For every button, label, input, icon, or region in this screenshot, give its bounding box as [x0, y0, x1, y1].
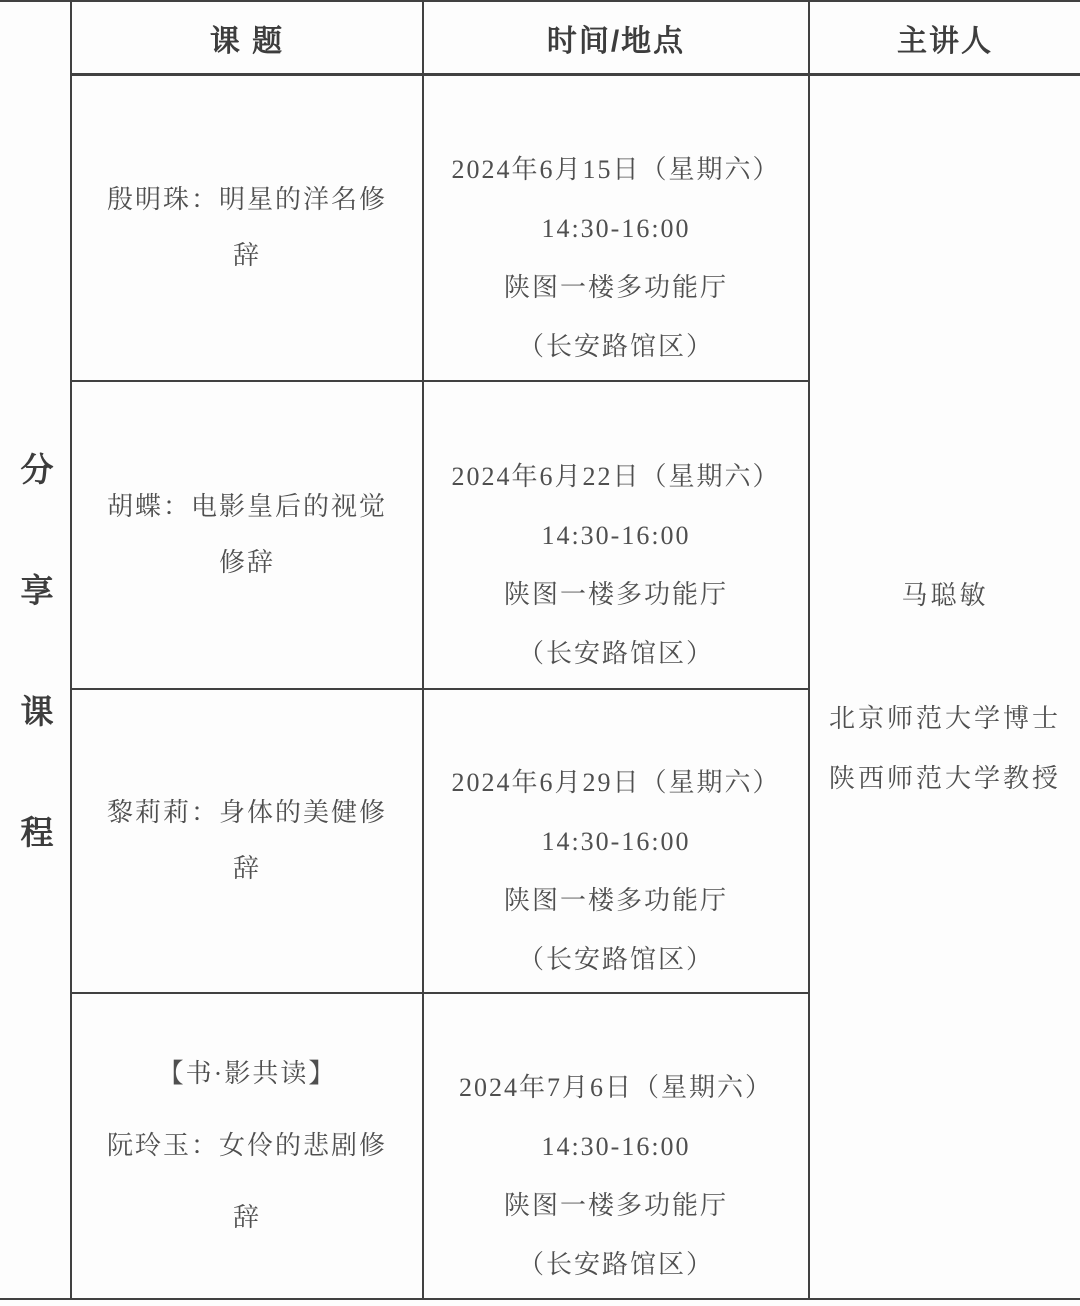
table-row-4-topic: 【书·影共读】 阮玲玉：女伶的悲剧修辞 [72, 994, 424, 1298]
header-time-location: 时间/地点 [424, 2, 810, 76]
campus-text: （长安路馆区） [518, 624, 714, 683]
table-row-2-time-location: 2024年6月22日（星期六） 14:30-16:00 陕图一楼多功能厅 （长安… [424, 382, 810, 690]
table-row-1-time-location: 2024年6月15日（星期六） 14:30-16:00 陕图一楼多功能厅 （长安… [424, 76, 810, 382]
topic-series-text: 【书·影共读】 [158, 1038, 337, 1110]
campus-text: （长安路馆区） [518, 930, 714, 989]
topic-text: 阮玲玉：女伶的悲剧修辞 [96, 1110, 398, 1254]
date-text: 2024年6月22日（星期六） [451, 447, 780, 506]
side-label-text: 分享课程 [19, 452, 52, 936]
schedule-page: 分享课程 课 题 时间/地点 主讲人 殷明珠：明星的洋名修辞 2024年6月15… [0, 0, 1080, 1306]
venue-text: 陕图一楼多功能厅 [504, 258, 728, 317]
date-text: 2024年6月15日（星期六） [451, 140, 780, 199]
speaker-name: 马聪敏 [901, 566, 988, 626]
header-topic: 课 题 [72, 2, 424, 76]
topic-text: 殷明珠：明星的洋名修辞 [96, 172, 398, 284]
time-text: 14:30-16:00 [541, 199, 690, 258]
table-row-3-topic: 黎莉莉：身体的美健修辞 [72, 690, 424, 994]
campus-text: （长安路馆区） [518, 317, 714, 376]
speaker-title-2: 陕西师范大学教授 [829, 749, 1061, 809]
date-text: 2024年6月29日（星期六） [451, 753, 780, 812]
table-row-2-topic: 胡蝶：电影皇后的视觉修辞 [72, 382, 424, 690]
table-row-1-topic: 殷明珠：明星的洋名修辞 [72, 76, 424, 382]
time-text: 14:30-16:00 [541, 506, 690, 565]
time-text: 14:30-16:00 [541, 1117, 690, 1176]
header-speaker: 主讲人 [810, 2, 1080, 76]
venue-text: 陕图一楼多功能厅 [504, 1176, 728, 1235]
date-text: 2024年7月6日（星期六） [459, 1058, 773, 1117]
table-row-4-time-location: 2024年7月6日（星期六） 14:30-16:00 陕图一楼多功能厅 （长安路… [424, 994, 810, 1298]
table-row-3-time-location: 2024年6月29日（星期六） 14:30-16:00 陕图一楼多功能厅 （长安… [424, 690, 810, 994]
speaker-cell: 马聪敏 北京师范大学博士 陕西师范大学教授 [810, 76, 1080, 1298]
campus-text: （长安路馆区） [518, 1235, 714, 1294]
speaker-title-1: 北京师范大学博士 [829, 689, 1061, 749]
side-label-cell: 分享课程 [0, 2, 72, 1298]
time-text: 14:30-16:00 [541, 812, 690, 871]
venue-text: 陕图一楼多功能厅 [504, 871, 728, 930]
course-schedule-table: 分享课程 课 题 时间/地点 主讲人 殷明珠：明星的洋名修辞 2024年6月15… [0, 0, 1080, 1300]
venue-text: 陕图一楼多功能厅 [504, 565, 728, 624]
topic-text: 黎莉莉：身体的美健修辞 [96, 785, 398, 897]
topic-text: 胡蝶：电影皇后的视觉修辞 [96, 479, 398, 591]
